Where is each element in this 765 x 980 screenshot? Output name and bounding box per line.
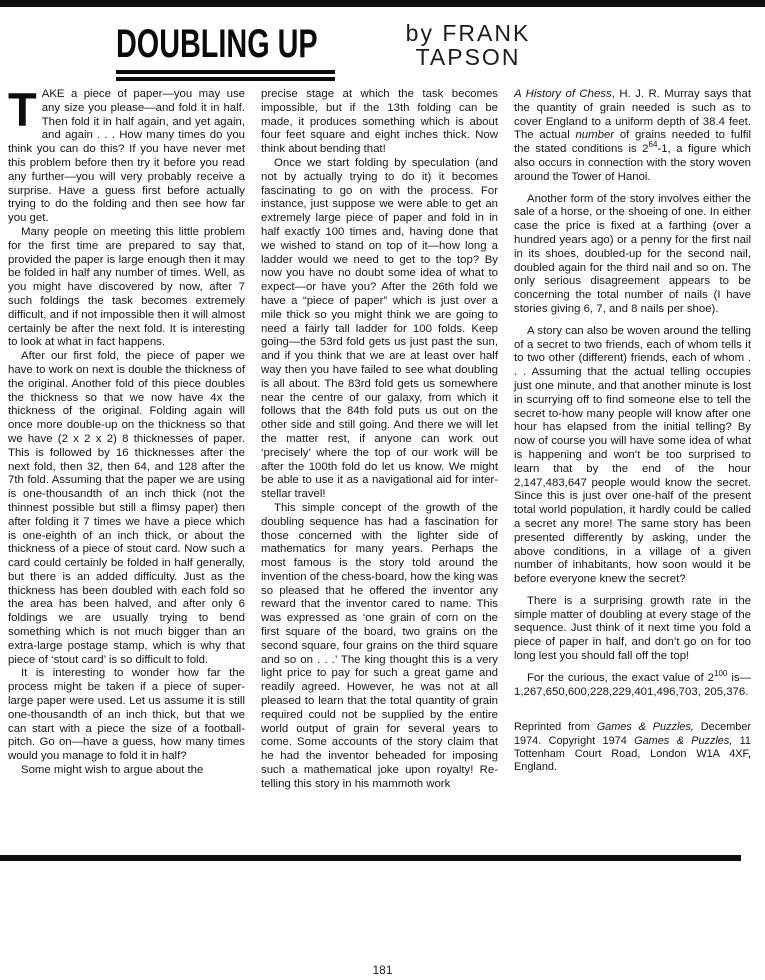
text-run: There is a surprising growth rate in the… <box>514 595 751 662</box>
paragraph: For the curious, the exact value of 2100… <box>514 672 751 700</box>
drop-cap: T <box>8 88 42 130</box>
text-run: precise stage at which the task becomes … <box>261 88 498 155</box>
paragraph: After our first fold, the piece of paper… <box>8 350 245 667</box>
paragraph: A History of Chess, H. J. R. Murray says… <box>514 88 751 185</box>
title-rule <box>116 70 335 81</box>
italic-text-run: Games & Puzzles, <box>597 721 694 733</box>
text-run: A story can also be woven around the tel… <box>514 325 751 585</box>
masthead: DOUBLING UP by FRANK TAPSON <box>0 0 765 88</box>
byline-line-2: TAPSON <box>378 45 558 69</box>
paragraph: There is a surprising growth rate in the… <box>514 595 751 664</box>
page-title: DOUBLING UP <box>116 22 318 67</box>
byline: by FRANK TAPSON <box>378 21 558 69</box>
text-run: Many people on meeting this little probl… <box>8 226 245 348</box>
bottom-rule <box>0 855 741 861</box>
text-run: After our first fold, the piece of paper… <box>8 350 245 666</box>
paragraph: A story can also be woven around the tel… <box>514 325 751 587</box>
paragraph: Reprinted from Games & Puzzles, December… <box>514 721 751 774</box>
article-column-2: precise stage at which the task becomes … <box>261 88 498 792</box>
paragraph: Once we start folding by speculation (an… <box>261 157 498 502</box>
article-column-3: A History of Chess, H. J. R. Murray says… <box>514 88 751 792</box>
text-run: This simple concept of the growth of the… <box>261 502 498 790</box>
byline-line-1: by FRANK <box>378 21 558 45</box>
paragraph: This simple concept of the growth of the… <box>261 502 498 792</box>
article-column-1: TAKE a piece of paper—you may use any si… <box>8 88 245 792</box>
text-run: For the curious, the exact value of 2 <box>527 672 714 684</box>
article-body: TAKE a piece of paper—you may use any si… <box>0 88 765 792</box>
page-number: 181 <box>0 963 765 977</box>
text-run: Another form of the story involves eithe… <box>514 193 751 315</box>
paragraph: Some might wish to argue about the <box>8 764 245 778</box>
italic-text-run: A History of Chess <box>514 88 612 100</box>
text-run: Some might wish to argue about the <box>21 764 203 776</box>
paragraph: It is interesting to wonder how far the … <box>8 667 245 764</box>
text-run: Once we start folding by speculation (an… <box>261 157 498 500</box>
paragraph: Another form of the story involves eithe… <box>514 193 751 317</box>
paragraph: precise stage at which the task becomes … <box>261 88 498 157</box>
text-run: Reprinted from <box>514 721 597 733</box>
superscript-run: 100 <box>714 669 727 678</box>
text-run: AKE a piece of paper—you may use any siz… <box>8 88 245 224</box>
paragraph: TAKE a piece of paper—you may use any si… <box>8 88 245 226</box>
text-run: It is interesting to wonder how far the … <box>8 667 245 762</box>
paragraph: Many people on meeting this little probl… <box>8 226 245 350</box>
italic-text-run: number <box>575 129 614 141</box>
italic-text-run: Games & Puzzles, <box>634 735 732 747</box>
